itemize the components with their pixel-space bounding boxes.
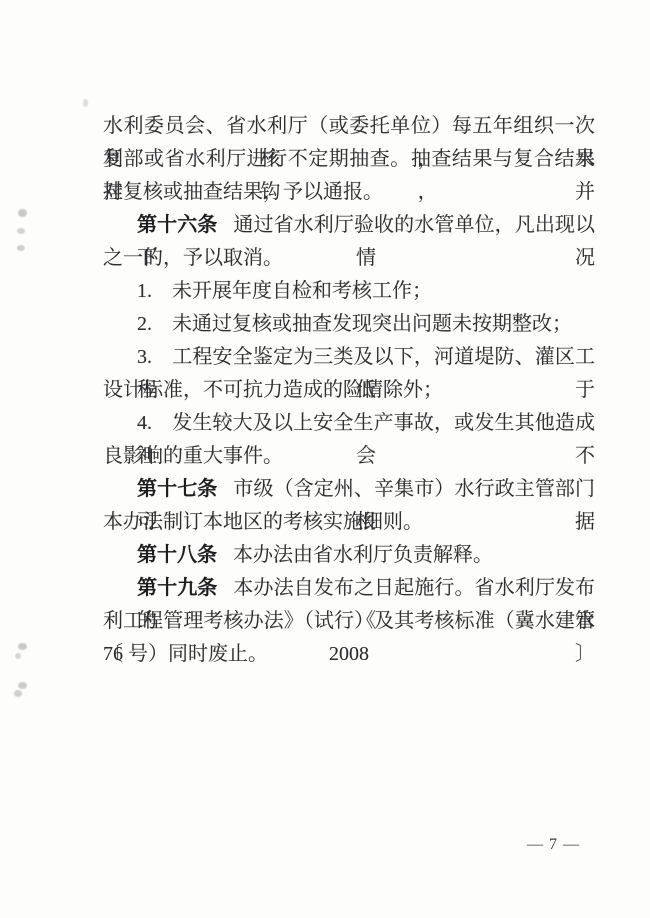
text-line: 第十九条本办法自发布之日起施行。省水利厅发布的《水 <box>103 572 595 605</box>
line-text: 本办法制订本地区的考核实施细则。 <box>103 511 423 533</box>
line-text: 设计标准，不可抗力造成的险情除外； <box>103 379 443 401</box>
line-text: 之一的，予以取消。 <box>103 247 283 269</box>
scan-artifact <box>18 682 27 689</box>
text-line: 4. 发生较大及以上安全生产事故，或发生其他造成社会不 <box>103 407 595 440</box>
text-line: 第十八条本办法由省水利厅负责解释。 <box>103 539 595 572</box>
scan-artifact <box>15 653 21 659</box>
article-number: 第十八条 <box>137 544 217 566</box>
line-text: 76 号）同时废止。 <box>103 643 268 665</box>
page-number: — 7 — <box>527 836 580 854</box>
text-line: 水利委员会、省水利厅（或委托单位）每五年组织一次复核，水 <box>103 110 595 143</box>
text-line: 第十六条通过省水利厅验收的水管单位，凡出现以下情况 <box>103 209 595 242</box>
line-text: 本办法由省水利厅负责解释。 <box>233 544 493 566</box>
text-line: 1. 未开展年度自检和考核工作； <box>103 275 595 308</box>
document-body: 水利委员会、省水利厅（或委托单位）每五年组织一次复核，水 利部或省水利厅进行不定… <box>103 110 595 671</box>
scan-artifact <box>18 643 27 650</box>
text-line: 3. 工程安全鉴定为三类及以下，河道堤防、灌区工程低于 <box>103 341 595 374</box>
scan-artifact <box>14 690 22 697</box>
line-text: 1. 未开展年度自检和考核工作； <box>137 280 432 302</box>
scanned-document-page: 水利委员会、省水利厅（或委托单位）每五年组织一次复核，水 利部或省水利厅进行不定… <box>0 0 650 918</box>
line-text: 良影响的重大事件。 <box>103 445 283 467</box>
scan-artifact <box>17 245 25 251</box>
line-text: 对复核或抽查结果，予以通报。 <box>103 181 383 203</box>
article-number: 第十七条 <box>137 478 217 500</box>
article-number: 第十九条 <box>137 577 217 599</box>
scan-artifact <box>17 228 25 234</box>
text-line: 第十七条市级（含定州、辛集市）水行政主管部门可根据 <box>103 473 595 506</box>
scan-artifact <box>83 99 88 107</box>
line-text: 2. 未通过复核或抽查发现突出问题未按期整改； <box>137 313 572 335</box>
scan-artifact <box>18 209 27 217</box>
text-line: 利工程管理考核办法》（试行）及其考核标准（冀水建管〔2008〕 <box>103 605 595 638</box>
article-number: 第十六条 <box>137 214 217 236</box>
text-line: 利部或省水利厅进行不定期抽查。抽查结果与复合结果挂钩，并 <box>103 143 595 176</box>
text-line: 2. 未通过复核或抽查发现突出问题未按期整改； <box>103 308 595 341</box>
